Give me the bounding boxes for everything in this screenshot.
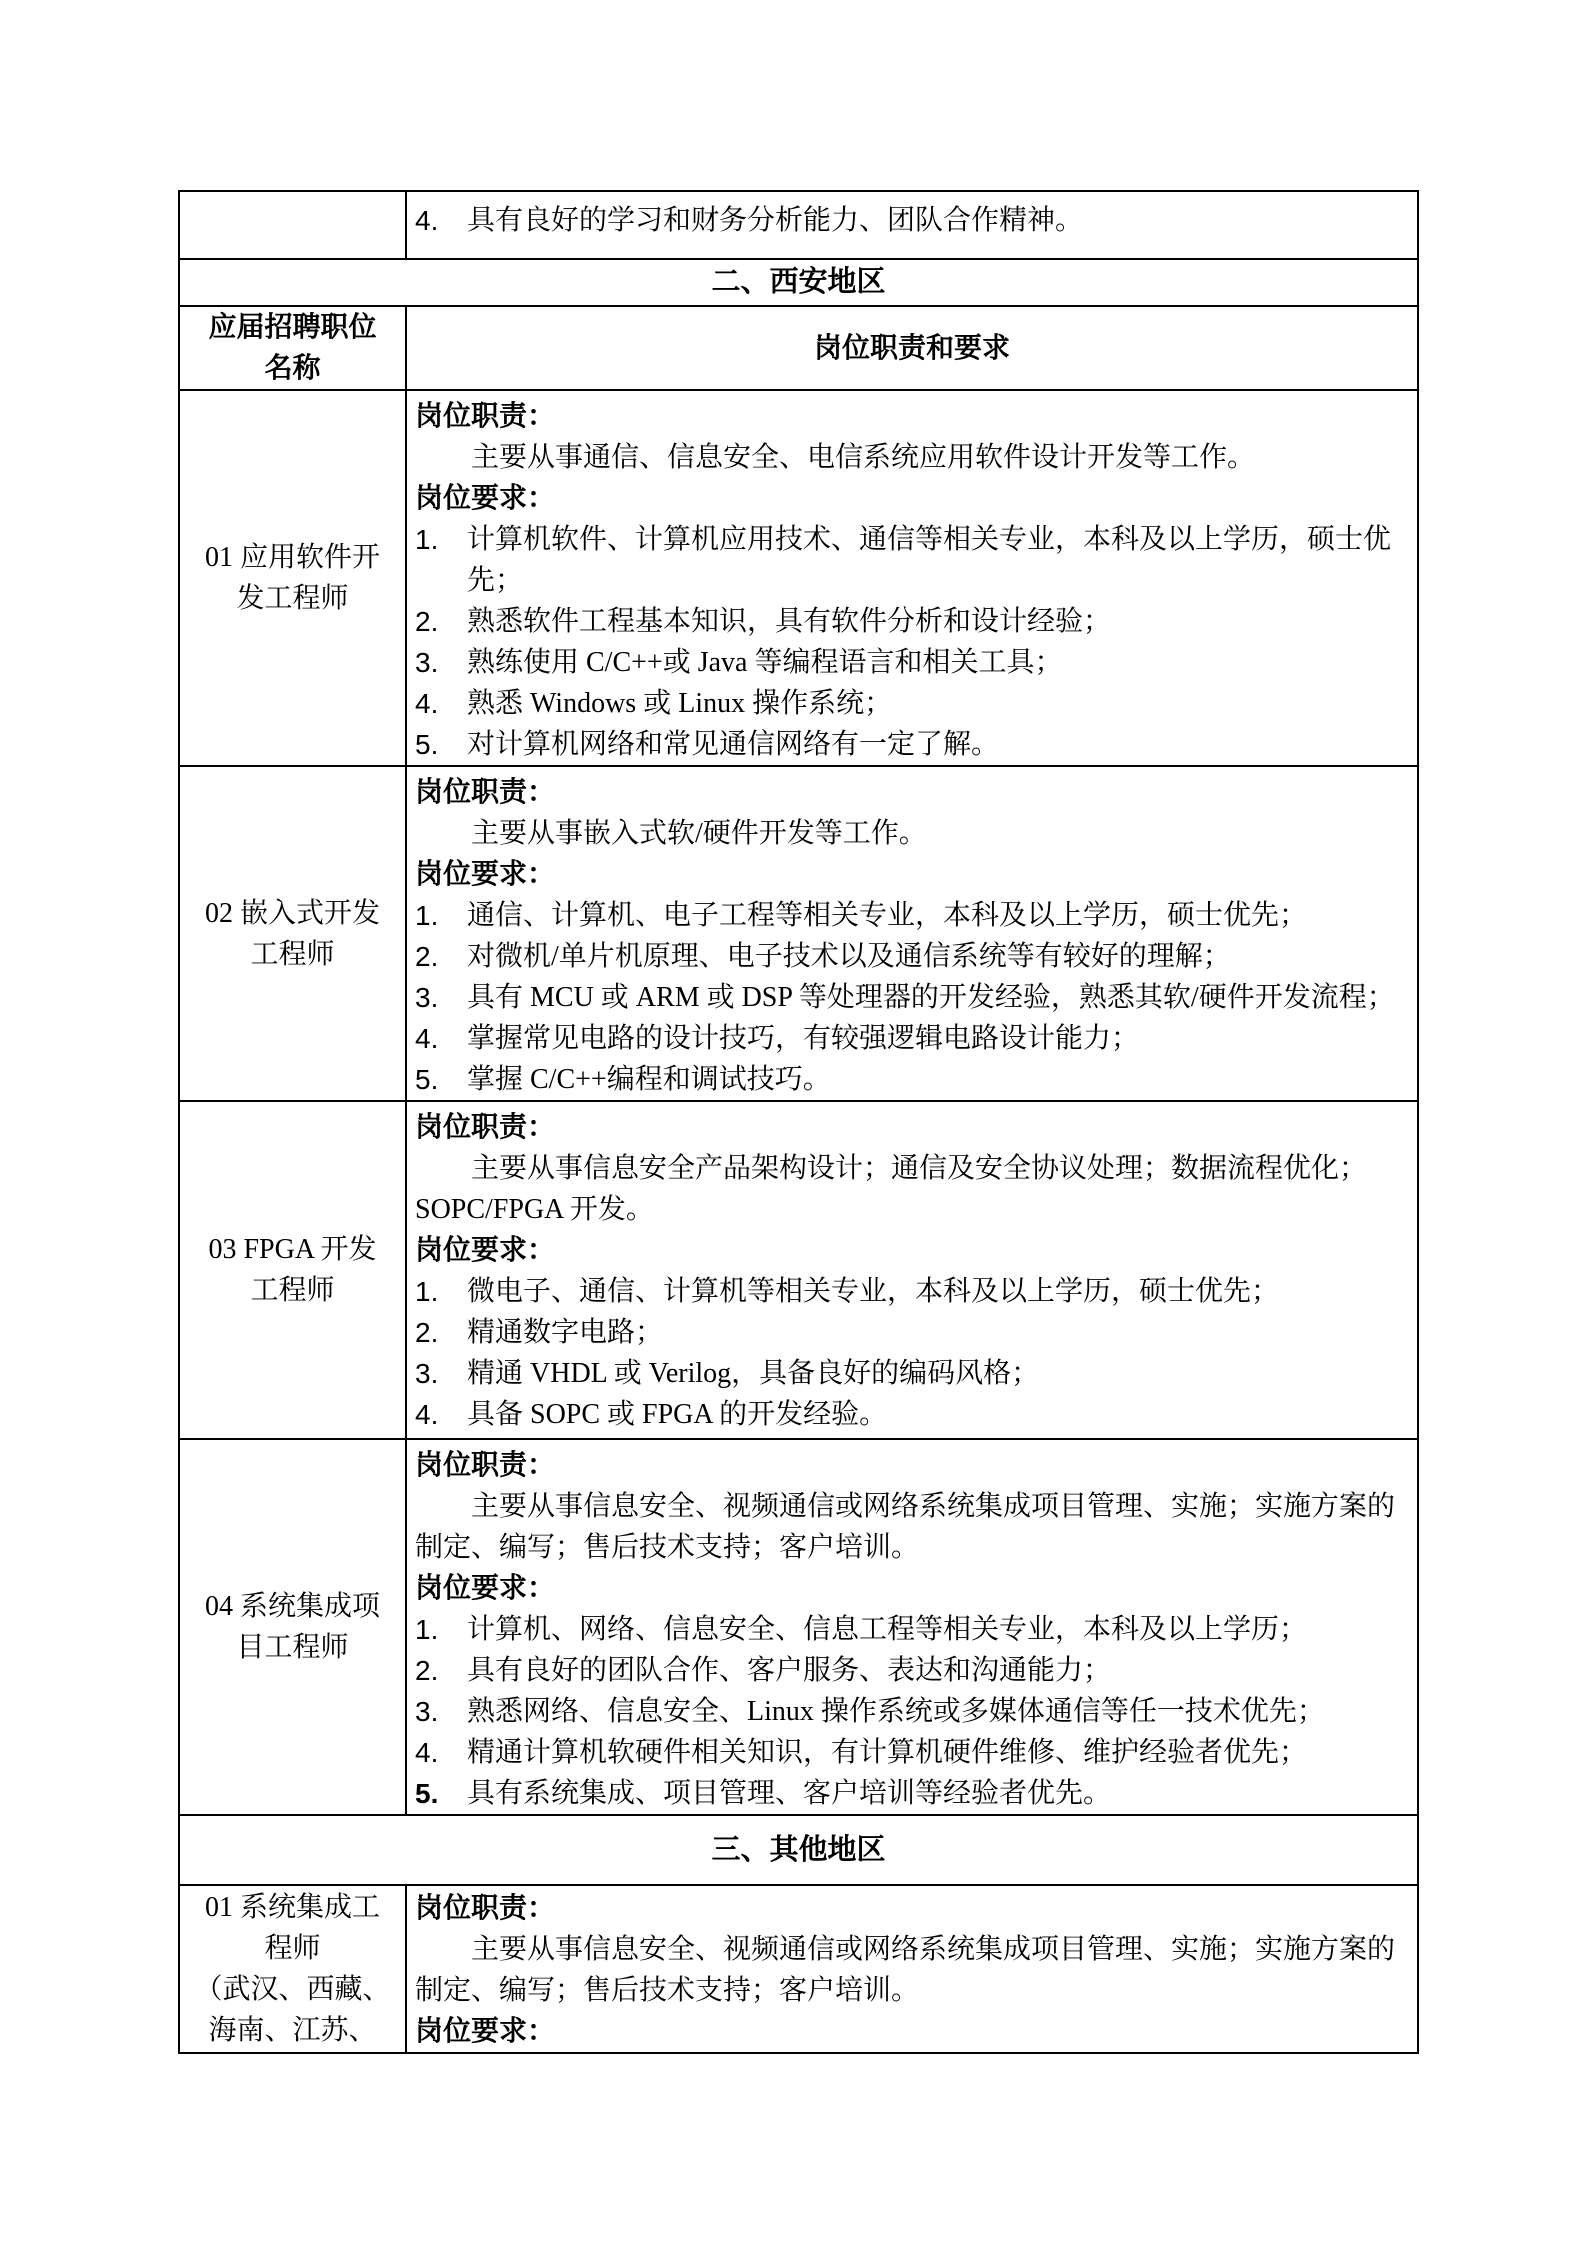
- duty-text: 主要从事信息安全、视频通信或网络系统集成项目管理、实施；实施方案的 制定、编写；…: [415, 1929, 1411, 2011]
- item-text: 掌握 C/C++编程和调试技巧。: [467, 1059, 1411, 1100]
- item-text: 精通 VHDL 或 Verilog，具备良好的编码风格；: [467, 1353, 1411, 1394]
- req-item: 5. 具有系统集成、项目管理、客户培训等经验者优先。: [415, 1773, 1411, 1814]
- req-item: 1. 通信、计算机、电子工程等相关专业，本科及以上学历，硕士优先；: [415, 895, 1411, 936]
- duty-label: 岗位职责：: [415, 396, 1411, 437]
- item-number: 4.: [415, 1394, 467, 1435]
- item-text: 熟悉 Windows 或 Linux 操作系统；: [467, 683, 1411, 724]
- item-number: 1.: [415, 1271, 467, 1312]
- req-item: 4. 具备 SOPC 或 FPGA 的开发经验。: [415, 1394, 1411, 1435]
- section-row-other: 三、其他地区: [179, 1815, 1418, 1885]
- req-item: 3. 熟练使用 C/C++或 Java 等编程语言和相关工具；: [415, 642, 1411, 683]
- req-item: 3. 精通 VHDL 或 Verilog，具备良好的编码风格；: [415, 1353, 1411, 1394]
- job-title: 01 系统集成工 程师 （武汉、西藏、 海南、江苏、: [180, 1887, 405, 2051]
- job-title-cell: 01 系统集成工 程师 （武汉、西藏、 海南、江苏、: [179, 1885, 406, 2053]
- req-item: 4. 精通计算机软硬件相关知识，有计算机硬件维修、维护经验者优先；: [415, 1732, 1411, 1773]
- job-title: 04 系统集成项 目工程师: [180, 1586, 405, 1668]
- item-number: 5.: [415, 724, 467, 765]
- req-item: 5. 对计算机网络和常见通信网络有一定了解。: [415, 724, 1411, 765]
- duty-label: 岗位职责：: [415, 1445, 1411, 1486]
- req-item: 1. 计算机、网络、信息安全、信息工程等相关专业，本科及以上学历；: [415, 1609, 1411, 1650]
- item-text: 熟悉网络、信息安全、Linux 操作系统或多媒体通信等任一技术优先；: [467, 1691, 1411, 1732]
- item-text: 具有 MCU 或 ARM 或 DSP 等处理器的开发经验，熟悉其软/硬件开发流程…: [467, 977, 1411, 1018]
- req-label: 岗位要求：: [415, 2011, 1411, 2052]
- item-number: 4.: [415, 200, 467, 241]
- job-detail-cell: 岗位职责： 主要从事信息安全、视频通信或网络系统集成项目管理、实施；实施方案的 …: [406, 1439, 1418, 1815]
- item-number: 2.: [415, 601, 467, 642]
- item-text: 微电子、通信、计算机等相关专业，本科及以上学历，硕士优先；: [467, 1271, 1411, 1312]
- duty-label: 岗位职责：: [415, 1888, 1411, 1929]
- continuation-row: 4. 具有良好的学习和财务分析能力、团队合作精神。: [179, 191, 1418, 259]
- job-title: 03 FPGA 开发 工程师: [180, 1229, 405, 1311]
- duty-label: 岗位职责：: [415, 772, 1411, 813]
- job-row-03: 03 FPGA 开发 工程师 岗位职责： 主要从事信息安全产品架构设计；通信及安…: [179, 1101, 1418, 1439]
- item-number: 1.: [415, 895, 467, 936]
- req-item: 2. 熟悉软件工程基本知识，具有软件分析和设计经验；: [415, 601, 1411, 642]
- item-text: 掌握常见电路的设计技巧，有较强逻辑电路设计能力；: [467, 1018, 1411, 1059]
- req-item: 1. 计算机软件、计算机应用技术、通信等相关专业，本科及以上学历，硕士优 先；: [415, 519, 1411, 601]
- item-text: 通信、计算机、电子工程等相关专业，本科及以上学历，硕士优先；: [467, 895, 1411, 936]
- job-title-cell: 03 FPGA 开发 工程师: [179, 1101, 406, 1439]
- job-detail-cell: 岗位职责： 主要从事通信、信息安全、电信系统应用软件设计开发等工作。 岗位要求：…: [406, 390, 1418, 766]
- job-title-cell: 04 系统集成项 目工程师: [179, 1439, 406, 1815]
- job-title: 02 嵌入式开发 工程师: [180, 893, 405, 975]
- item-number: 5.: [415, 1773, 467, 1814]
- item-number: 3.: [415, 642, 467, 683]
- item-number: 3.: [415, 1353, 467, 1394]
- header-row: 应届招聘职位 名称 岗位职责和要求: [179, 306, 1418, 390]
- duty-text: 主要从事嵌入式软/硬件开发等工作。: [415, 813, 1411, 854]
- item-text: 精通计算机软硬件相关知识，有计算机硬件维修、维护经验者优先；: [467, 1732, 1411, 1773]
- job-title-cell: 02 嵌入式开发 工程师: [179, 766, 406, 1101]
- job-detail-cell: 岗位职责： 主要从事信息安全、视频通信或网络系统集成项目管理、实施；实施方案的 …: [406, 1885, 1418, 2053]
- item-text: 具备 SOPC 或 FPGA 的开发经验。: [467, 1394, 1411, 1435]
- req-item: 3. 熟悉网络、信息安全、Linux 操作系统或多媒体通信等任一技术优先；: [415, 1691, 1411, 1732]
- item-number: 2.: [415, 1312, 467, 1353]
- item-number: 4.: [415, 1732, 467, 1773]
- continuation-detail-cell: 4. 具有良好的学习和财务分析能力、团队合作精神。: [406, 191, 1418, 259]
- job-detail-cell: 岗位职责： 主要从事嵌入式软/硬件开发等工作。 岗位要求： 1. 通信、计算机、…: [406, 766, 1418, 1101]
- item-number: 1.: [415, 519, 467, 601]
- duty-label: 岗位职责：: [415, 1107, 1411, 1148]
- req-label: 岗位要求：: [415, 478, 1411, 519]
- req-label: 岗位要求：: [415, 1568, 1411, 1609]
- req-item: 2. 对微机/单片机原理、电子技术以及通信系统等有较好的理解；: [415, 936, 1411, 977]
- item-text: 对计算机网络和常见通信网络有一定了解。: [467, 724, 1411, 765]
- item-text: 精通数字电路；: [467, 1312, 1411, 1353]
- item-text: 具有系统集成、项目管理、客户培训等经验者优先。: [467, 1773, 1411, 1814]
- job-row-02: 02 嵌入式开发 工程师 岗位职责： 主要从事嵌入式软/硬件开发等工作。 岗位要…: [179, 766, 1418, 1101]
- item-text: 熟练使用 C/C++或 Java 等编程语言和相关工具；: [467, 642, 1411, 683]
- job-row-other-01: 01 系统集成工 程师 （武汉、西藏、 海南、江苏、 岗位职责： 主要从事信息安…: [179, 1885, 1418, 2053]
- item-text: 计算机、网络、信息安全、信息工程等相关专业，本科及以上学历；: [467, 1609, 1411, 1650]
- section-row-xian: 二、西安地区: [179, 259, 1418, 306]
- item-text: 具有良好的学习和财务分析能力、团队合作精神。: [467, 200, 1411, 241]
- item-text: 具有良好的团队合作、客户服务、表达和沟通能力；: [467, 1650, 1411, 1691]
- duty-text: 主要从事通信、信息安全、电信系统应用软件设计开发等工作。: [415, 437, 1411, 478]
- req-item: 1. 微电子、通信、计算机等相关专业，本科及以上学历，硕士优先；: [415, 1271, 1411, 1312]
- req-item: 4. 具有良好的学习和财务分析能力、团队合作精神。: [415, 200, 1411, 241]
- item-number: 4.: [415, 1018, 467, 1059]
- req-label: 岗位要求：: [415, 854, 1411, 895]
- req-item: 2. 具有良好的团队合作、客户服务、表达和沟通能力；: [415, 1650, 1411, 1691]
- item-number: 3.: [415, 977, 467, 1018]
- job-row-04: 04 系统集成项 目工程师 岗位职责： 主要从事信息安全、视频通信或网络系统集成…: [179, 1439, 1418, 1815]
- header-position-name: 应届招聘职位 名称: [179, 306, 406, 390]
- req-item: 2. 精通数字电路；: [415, 1312, 1411, 1353]
- item-text: 熟悉软件工程基本知识，具有软件分析和设计经验；: [467, 601, 1411, 642]
- item-number: 5.: [415, 1059, 467, 1100]
- document-page: 4. 具有良好的学习和财务分析能力、团队合作精神。 二、西安地区 应届招聘职位 …: [0, 0, 1587, 2245]
- job-title-cell: 01 应用软件开 发工程师: [179, 390, 406, 766]
- duty-text: 主要从事信息安全、视频通信或网络系统集成项目管理、实施；实施方案的 制定、编写；…: [415, 1486, 1411, 1568]
- job-detail-cell: 岗位职责： 主要从事信息安全产品架构设计；通信及安全协议处理；数据流程优化； S…: [406, 1101, 1418, 1439]
- item-number: 2.: [415, 1650, 467, 1691]
- header-duty-requirements: 岗位职责和要求: [406, 306, 1418, 390]
- item-number: 3.: [415, 1691, 467, 1732]
- job-title: 01 应用软件开 发工程师: [180, 537, 405, 619]
- req-item: 4. 熟悉 Windows 或 Linux 操作系统；: [415, 683, 1411, 724]
- req-item: 4. 掌握常见电路的设计技巧，有较强逻辑电路设计能力；: [415, 1018, 1411, 1059]
- empty-title-cell: [179, 191, 406, 259]
- recruitment-table: 4. 具有良好的学习和财务分析能力、团队合作精神。 二、西安地区 应届招聘职位 …: [178, 190, 1419, 2054]
- job-row-01: 01 应用软件开 发工程师 岗位职责： 主要从事通信、信息安全、电信系统应用软件…: [179, 390, 1418, 766]
- req-item: 3. 具有 MCU 或 ARM 或 DSP 等处理器的开发经验，熟悉其软/硬件开…: [415, 977, 1411, 1018]
- item-text: 计算机软件、计算机应用技术、通信等相关专业，本科及以上学历，硕士优 先；: [467, 519, 1411, 601]
- req-label: 岗位要求：: [415, 1230, 1411, 1271]
- item-number: 4.: [415, 683, 467, 724]
- duty-text: 主要从事信息安全产品架构设计；通信及安全协议处理；数据流程优化； SOPC/FP…: [415, 1148, 1411, 1230]
- item-text: 对微机/单片机原理、电子技术以及通信系统等有较好的理解；: [467, 936, 1411, 977]
- item-number: 2.: [415, 936, 467, 977]
- section-title-other: 三、其他地区: [179, 1815, 1418, 1885]
- req-item: 5. 掌握 C/C++编程和调试技巧。: [415, 1059, 1411, 1100]
- section-title-xian: 二、西安地区: [179, 259, 1418, 306]
- item-number: 1.: [415, 1609, 467, 1650]
